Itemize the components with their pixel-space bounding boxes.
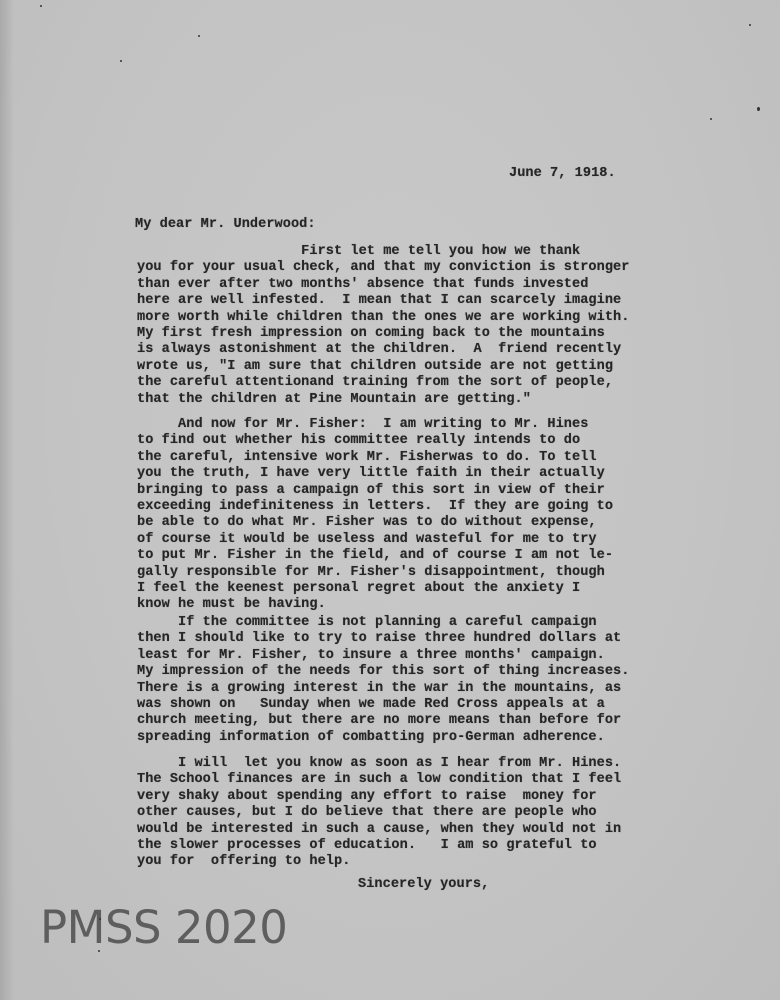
text-line: First let me tell you how we thank <box>137 244 629 260</box>
text-line: be able to do what Mr. Fisher was to do … <box>137 515 613 531</box>
text-line: here are well infested. I mean that I ca… <box>137 293 629 309</box>
text-line: My impression of the needs for this sort… <box>137 664 629 680</box>
text-line: I will let you know as soon as I hear fr… <box>137 756 621 772</box>
text-line: wrote us, "I am sure that children outsi… <box>137 359 629 375</box>
text-line: know he must be having. <box>137 597 613 613</box>
text-line: bringing to pass a campaign of this sort… <box>137 483 613 499</box>
text-line: of course it would be useless and wastef… <box>137 532 613 548</box>
text-line: the careful attentionand training from t… <box>137 375 629 391</box>
text-line: you for offering to help. <box>137 854 621 870</box>
paper-speck <box>120 60 122 62</box>
text-line: was shown on Sunday when we made Red Cro… <box>137 697 629 713</box>
letter-salutation: My dear Mr. Underwood: <box>135 217 316 233</box>
text-line: is always astonishment at the children. … <box>137 342 629 358</box>
text-line: that the children at Pine Mountain are g… <box>137 392 629 408</box>
text-line: than ever after two months' absence that… <box>137 277 629 293</box>
text-line: to find out whether his committee really… <box>137 433 613 449</box>
text-line: And now for Mr. Fisher: I am writing to … <box>137 417 613 433</box>
text-line: you for your usual check, and that my co… <box>137 260 629 276</box>
text-line: There is a growing interest in the war i… <box>137 681 629 697</box>
text-line: the careful, intensive work Mr. Fisherwa… <box>137 450 613 466</box>
paper-speck <box>198 35 200 37</box>
text-line: would be interested in such a cause, whe… <box>137 822 621 838</box>
text-line: I feel the keenest personal regret about… <box>137 581 613 597</box>
text-line: the slower processes of education. I am … <box>137 838 621 854</box>
text-line: other causes, but I do believe that ther… <box>137 805 621 821</box>
text-line: If the committee is not planning a caref… <box>137 615 629 631</box>
letter-page: June 7, 1918. My dear Mr. Underwood: Fir… <box>0 0 780 1000</box>
letter-closing: Sincerely yours, <box>358 877 489 893</box>
paper-speck <box>99 918 101 920</box>
text-line: gally responsible for Mr. Fisher's disap… <box>137 565 613 581</box>
text-line: least for Mr. Fisher, to insure a three … <box>137 648 629 664</box>
paragraph-2: And now for Mr. Fisher: I am writing to … <box>137 417 613 614</box>
archive-watermark: PMSS 2020 <box>40 905 287 950</box>
text-line: exceeding indefiniteness in letters. If … <box>137 499 613 515</box>
paragraph-4: I will let you know as soon as I hear fr… <box>137 756 621 871</box>
paper-speck <box>98 950 100 952</box>
paper-speck <box>710 118 712 120</box>
letter-date: June 7, 1918. <box>509 166 616 182</box>
text-line: very shaky about spending any effort to … <box>137 789 621 805</box>
paper-speck <box>749 24 751 26</box>
paper-speck <box>40 5 42 7</box>
text-line: My first fresh impression on coming back… <box>137 326 629 342</box>
text-line: you the truth, I have very little faith … <box>137 466 613 482</box>
text-line: more worth while children than the ones … <box>137 310 629 326</box>
text-line: then I should like to try to raise three… <box>137 631 629 647</box>
text-line: church meeting, but there are no more me… <box>137 713 629 729</box>
text-line: The School finances are in such a low co… <box>137 772 621 788</box>
text-line: spreading information of combatting pro-… <box>137 730 629 746</box>
paragraph-1: First let me tell you how we thankyou fo… <box>137 244 629 408</box>
paragraph-3: If the committee is not planning a caref… <box>137 615 629 746</box>
paper-speck <box>757 107 760 111</box>
text-line: to put Mr. Fisher in the field, and of c… <box>137 548 613 564</box>
